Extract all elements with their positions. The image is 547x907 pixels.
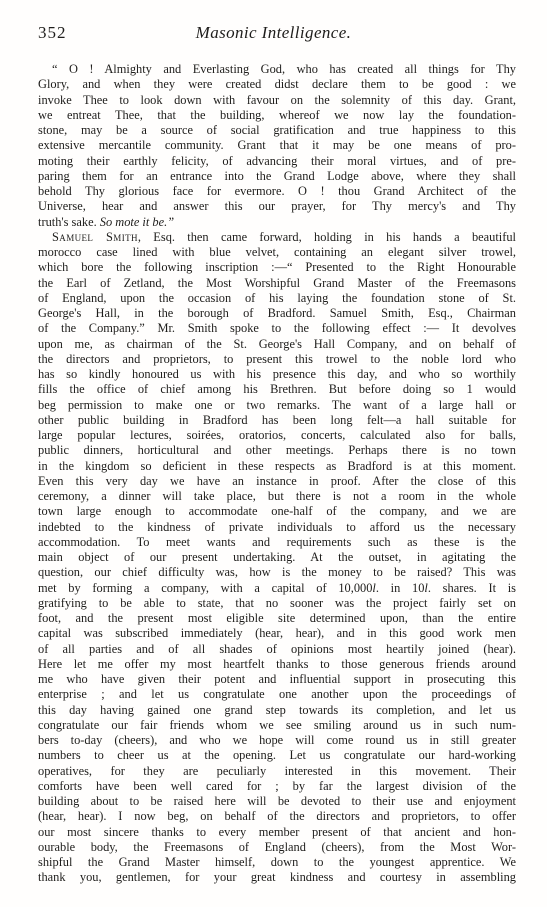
body-text: enterprise ; and let us congratulate one…: [38, 687, 516, 701]
book-page: 352 Masonic Intelligence. “ O ! Almighty…: [0, 0, 547, 907]
text-line: truth's sake. So mote it be.”: [38, 215, 516, 230]
body-text: foot, and the present most eligible site…: [38, 611, 516, 625]
text-line: Here let me offer my most heartfelt than…: [38, 657, 516, 672]
body-text: we entreat Thee, that the building, wher…: [38, 108, 516, 122]
body-text: truth's sake.: [38, 215, 100, 229]
body-text: Here let me offer my most heartfelt than…: [38, 657, 516, 671]
body-text: ceremony, a dinner will take place, but …: [38, 489, 516, 503]
text-line: George's Hall, in the borough of Bradfor…: [38, 306, 516, 321]
body-text: behold Thy glorious face for evermore. O…: [38, 184, 516, 198]
body-text: George's Hall, in the borough of Bradfor…: [38, 306, 516, 320]
body-text: fills the office of chief among his Bret…: [38, 382, 516, 396]
body-text: building about to be raised here will be…: [38, 794, 516, 808]
body-text: question, our chief difficulty was, how …: [38, 565, 516, 579]
running-title: Masonic Intelligence.: [0, 23, 547, 43]
text-line: numbers to cheer us at the opening. Let …: [38, 748, 516, 763]
text-line: invoke Thee to look down with favour on …: [38, 93, 516, 108]
text-line: operatives, for they are peculiarly inte…: [38, 764, 516, 779]
text-line: met by forming a company, with a capital…: [38, 581, 516, 596]
body-text: beg permission to make one or two remark…: [38, 398, 516, 412]
body-text: of England, upon the occasion of his lay…: [38, 291, 516, 305]
text-line: bers to-day (cheers), and who we hope wi…: [38, 733, 516, 748]
text-line: the directors and proprietors, to presen…: [38, 352, 516, 367]
body-text: . shares. It is: [428, 581, 516, 595]
text-line: our most sincere thanks to every member …: [38, 825, 516, 840]
text-line: main object of our present undertaking. …: [38, 550, 516, 565]
body-text: paring them for an entrance into the Gra…: [38, 169, 516, 183]
body-text: of the Company.” Mr. Smith spoke to the …: [38, 321, 516, 335]
text-line: town large enough to accommodate one-hal…: [38, 504, 516, 519]
text-line: which bore the following inscription :—“…: [38, 260, 516, 275]
text-line: question, our chief difficulty was, how …: [38, 565, 516, 580]
body-text: Glory, and when they were created didst …: [38, 77, 516, 91]
body-text: the directors and proprietors, to presen…: [38, 352, 516, 366]
body-text: large popular lectures, soirées, oratori…: [38, 428, 516, 442]
body-text: the Earl of Zetland, the Most Worshipful…: [38, 276, 516, 290]
body-text: Universe, hear and answer this our praye…: [38, 199, 516, 213]
text-line: has so kindly honoured us with his prese…: [38, 367, 516, 382]
body-text: numbers to cheer us at the opening. Let …: [38, 748, 516, 762]
text-line: behold Thy glorious face for evermore. O…: [38, 184, 516, 199]
body-text: town large enough to accommodate one-hal…: [38, 504, 516, 518]
text-line: of the Company.” Mr. Smith spoke to the …: [38, 321, 516, 336]
text-line: moting their earthly felicity, of advanc…: [38, 154, 516, 169]
text-line: enterprise ; and let us congratulate one…: [38, 687, 516, 702]
body-text: upon me, as chairman of the St. George's…: [38, 337, 516, 351]
body-text: . in 10: [376, 581, 425, 595]
body-text: indebted to the kindness of private indi…: [38, 520, 516, 534]
body-text: morocco case lined with blue velvet, con…: [38, 245, 516, 259]
text-line: stone, may be a source of social gratifi…: [38, 123, 516, 138]
text-line: other public building in Bradford has be…: [38, 413, 516, 428]
body-text: of all parties and of all shades of opin…: [38, 642, 516, 656]
body-text: other public building in Bradford has be…: [38, 413, 516, 427]
text-line: public dinners, horticultural and other …: [38, 443, 516, 458]
text-line: we entreat Thee, that the building, wher…: [38, 108, 516, 123]
text-line: large popular lectures, soirées, oratori…: [38, 428, 516, 443]
body-text: met by forming a company, with a capital…: [38, 581, 372, 595]
text-line: building about to be raised here will be…: [38, 794, 516, 809]
text-line: (hear, hear). I now beg, on behalf of th…: [38, 809, 516, 824]
body-text: ourable body, the Freemasons of England …: [38, 840, 516, 854]
text-line: extensive mercantile community. Grant th…: [38, 138, 516, 153]
text-line: me who have given their potent and influ…: [38, 672, 516, 687]
text-line: gratifying to be able to state, that no …: [38, 596, 516, 611]
text-line: Samuel Smith, Esq. then came forward, ho…: [38, 230, 516, 245]
body-text: me who have given their potent and influ…: [38, 672, 516, 686]
body-text: has so kindly honoured us with his prese…: [38, 367, 516, 381]
body-text: public dinners, horticultural and other …: [38, 443, 516, 457]
text-line: accommodation. To meet wants and require…: [38, 535, 516, 550]
text-line: comforts have been well cared for ; by f…: [38, 779, 516, 794]
body-text: moting their earthly felicity, of advanc…: [38, 154, 516, 168]
text-line: ourable body, the Freemasons of England …: [38, 840, 516, 855]
body-text: our most sincere thanks to every member …: [38, 825, 516, 839]
text-line: capital was subscribed immediately (hear…: [38, 626, 516, 641]
body-text: Even this very day we have an instance i…: [38, 474, 516, 488]
smallcaps-text: Samuel Smith: [52, 230, 138, 244]
text-line: thank you, gentlemen, for your great kin…: [38, 870, 516, 885]
text-line: of England, upon the occasion of his lay…: [38, 291, 516, 306]
body-text: which bore the following inscription :—“…: [38, 260, 516, 274]
text-line: morocco case lined with blue velvet, con…: [38, 245, 516, 260]
body-text: operatives, for they are peculiarly inte…: [38, 764, 516, 778]
text-line: paring them for an entrance into the Gra…: [38, 169, 516, 184]
text-line: this day having gained one grand step to…: [38, 703, 516, 718]
text-line: indebted to the kindness of private indi…: [38, 520, 516, 535]
body-text: accommodation. To meet wants and require…: [38, 535, 516, 549]
body-text: gratifying to be able to state, that no …: [38, 596, 516, 610]
italic-text: So mote it be.”: [100, 215, 174, 229]
text-line: shipful the Grand Master himself, down t…: [38, 855, 516, 870]
body-text: bers to-day (cheers), and who we hope wi…: [38, 733, 516, 747]
text-line: “ O ! Almighty and Everlasting God, who …: [38, 62, 516, 77]
text-line: fills the office of chief among his Bret…: [38, 382, 516, 397]
body-text: in the kingdom so deficient in these res…: [38, 459, 516, 473]
text-line: of all parties and of all shades of opin…: [38, 642, 516, 657]
body-text: congratulate our fair friends whom we se…: [38, 718, 516, 732]
text-line: in the kingdom so deficient in these res…: [38, 459, 516, 474]
body-text: stone, may be a source of social gratifi…: [38, 123, 516, 137]
body-text: “ O ! Almighty and Everlasting God, who …: [52, 62, 516, 76]
body-text: capital was subscribed immediately (hear…: [38, 626, 516, 640]
text-line: Universe, hear and answer this our praye…: [38, 199, 516, 214]
text-line: beg permission to make one or two remark…: [38, 398, 516, 413]
body-text: (hear, hear). I now beg, on behalf of th…: [38, 809, 516, 823]
text-line: the Earl of Zetland, the Most Worshipful…: [38, 276, 516, 291]
body-text: thank you, gentlemen, for your great kin…: [38, 870, 516, 884]
body-text: this day having gained one grand step to…: [38, 703, 516, 717]
page-header: 352 Masonic Intelligence.: [0, 0, 547, 44]
body-text: shipful the Grand Master himself, down t…: [38, 855, 516, 869]
text-line: ceremony, a dinner will take place, but …: [38, 489, 516, 504]
body-text: , Esq. then came forward, holding in his…: [138, 230, 516, 244]
body-text: extensive mercantile community. Grant th…: [38, 138, 516, 152]
text-line: foot, and the present most eligible site…: [38, 611, 516, 626]
body-text: comforts have been well cared for ; by f…: [38, 779, 516, 793]
text-block: “ O ! Almighty and Everlasting God, who …: [38, 62, 516, 886]
page-number: 352: [38, 23, 67, 43]
body-text: main object of our present undertaking. …: [38, 550, 516, 564]
text-line: Even this very day we have an instance i…: [38, 474, 516, 489]
text-line: Glory, and when they were created didst …: [38, 77, 516, 92]
body-text: invoke Thee to look down with favour on …: [38, 93, 516, 107]
text-line: upon me, as chairman of the St. George's…: [38, 337, 516, 352]
text-line: congratulate our fair friends whom we se…: [38, 718, 516, 733]
